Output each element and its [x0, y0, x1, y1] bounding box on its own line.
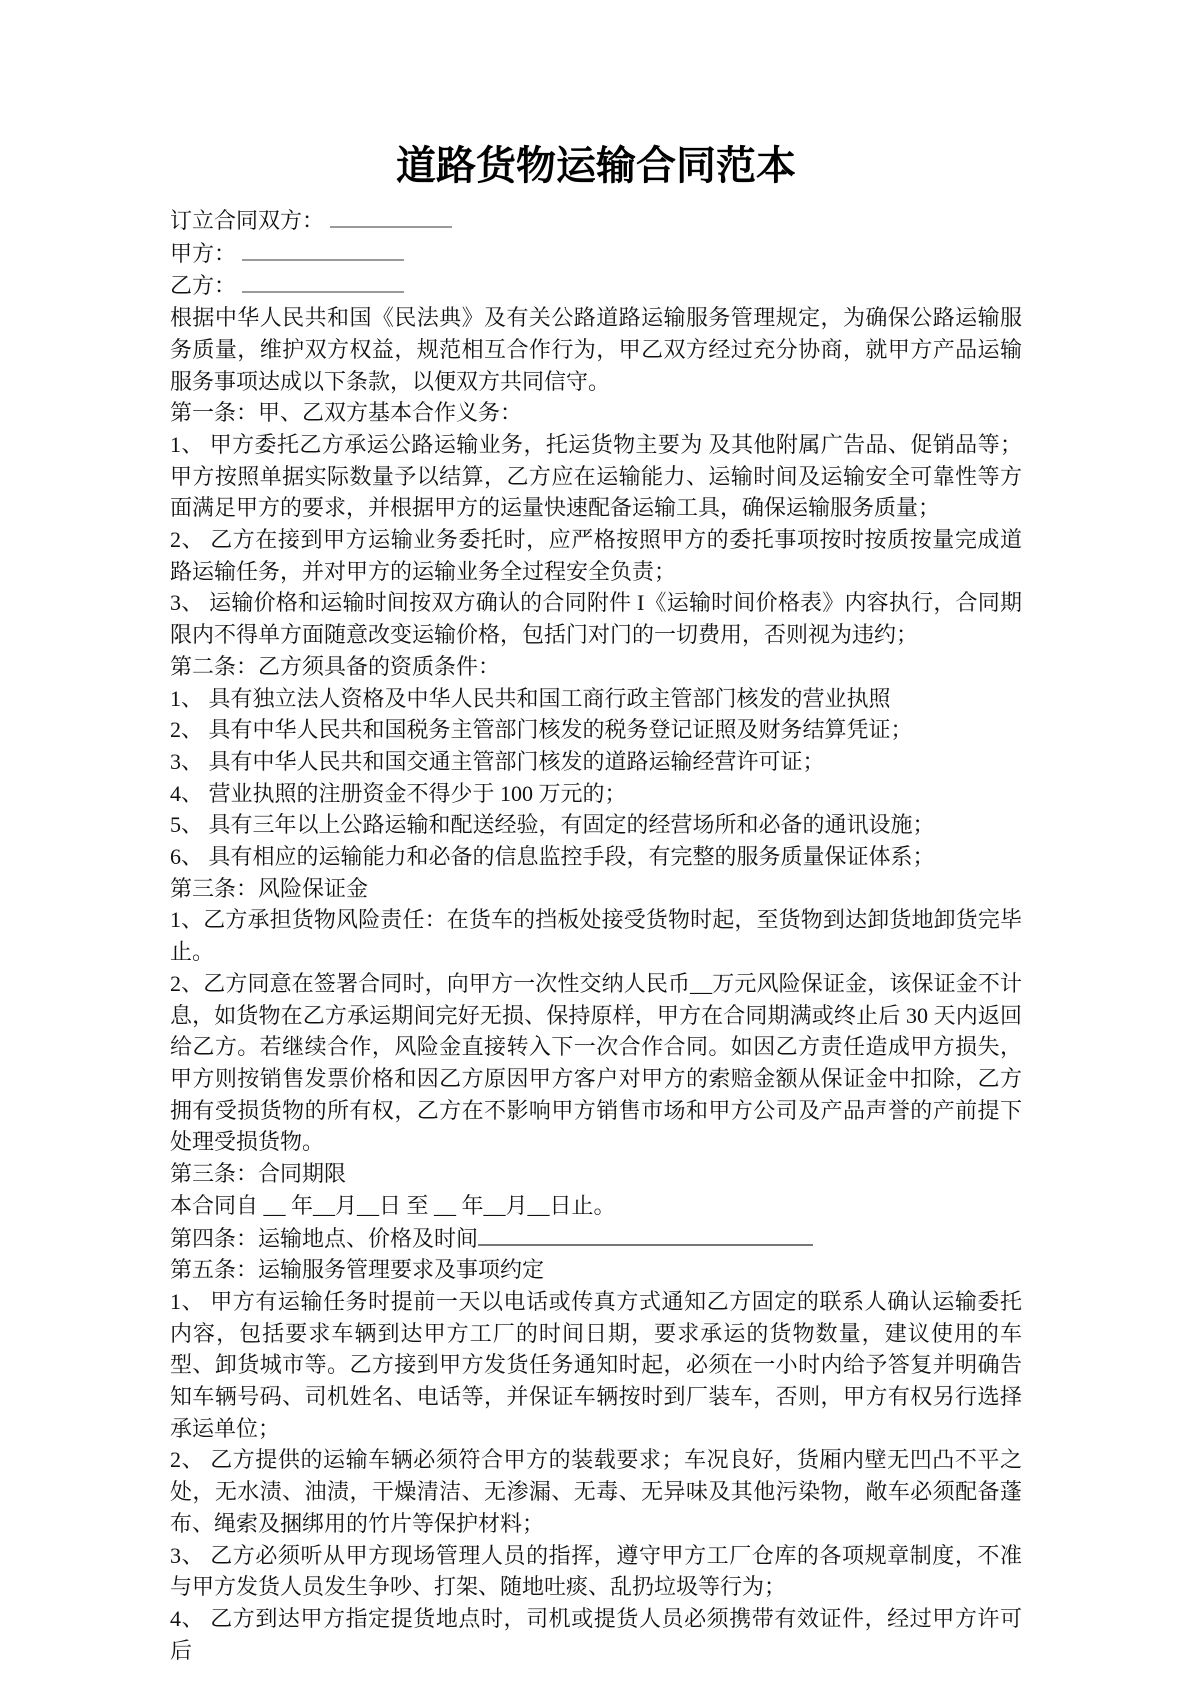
paragraph: 2、乙方同意在签署合同时，向甲方一次性交纳人民币__万元风险保证金，该保证金不计…	[170, 968, 1022, 1158]
blank-underline	[330, 204, 452, 228]
document-title: 道路货物运输合同范本	[170, 142, 1022, 190]
blank-underline	[242, 237, 404, 261]
paragraph: 1、乙方承担货物风险责任：在货车的挡板处接受货物时起，至货物到达卸货地卸货完毕止…	[170, 904, 1022, 967]
clause-heading-field-line: 第四条：运输地点、价格及时间	[170, 1222, 1022, 1255]
clause-heading: 第一条：甲、乙双方基本合作义务：	[170, 397, 1022, 429]
paragraph: 3、 具有中华人民共和国交通主管部门核发的道路运输经营许可证；	[170, 746, 1022, 778]
clause-heading: 第三条：风险保证金	[170, 873, 1022, 905]
field-line: 乙方：	[170, 269, 1022, 302]
field-label: 甲方：	[170, 241, 236, 266]
paragraph: 1、 甲方委托乙方承运公路运输业务，托运货物主要为 及其他附属广告品、促销品等；…	[170, 429, 1022, 524]
field-line: 订立合同双方：	[170, 204, 1022, 237]
paragraph: 2、 乙方在接到甲方运输业务委托时，应严格按照甲方的委托事项按时按质按量完成道路…	[170, 524, 1022, 587]
clause-heading: 第二条：乙方须具备的资质条件：	[170, 651, 1022, 683]
paragraph: 3、 乙方必须听从甲方现场管理人员的指挥，遵守甲方工厂仓库的各项规章制度，不准与…	[170, 1540, 1022, 1603]
paragraph: 5、 具有三年以上公路运输和配送经验，有固定的经营场所和必备的通讯设施；	[170, 809, 1022, 841]
paragraph: 2、 具有中华人民共和国税务主管部门核发的税务登记证照及财务结算凭证；	[170, 714, 1022, 746]
blank-underline	[242, 269, 404, 293]
blank-underline	[478, 1222, 813, 1246]
paragraph: 4、 营业执照的注册资金不得少于 100 万元的；	[170, 778, 1022, 810]
field-line: 甲方：	[170, 237, 1022, 270]
paragraph: 3、 运输价格和运输时间按双方确认的合同附件 I《运输时间价格表》内容执行，合同…	[170, 587, 1022, 650]
document-body: 订立合同双方：甲方：乙方：根据中华人民共和国《民法典》及有关公路道路运输服务管理…	[170, 204, 1022, 1666]
paragraph: 本合同自 __ 年__月__日 至 __ 年__月__日止。	[170, 1190, 1022, 1222]
paragraph: 根据中华人民共和国《民法典》及有关公路道路运输服务管理规定，为确保公路运输服务质…	[170, 302, 1022, 397]
paragraph: 4、 乙方到达甲方指定提货地点时，司机或提货人员必须携带有效证件，经过甲方许可后	[170, 1603, 1022, 1666]
clause-heading: 第五条：运输服务管理要求及事项约定	[170, 1254, 1022, 1286]
paragraph: 1、 甲方有运输任务时提前一天以电话或传真方式通知乙方固定的联系人确认运输委托内…	[170, 1286, 1022, 1445]
field-label: 第四条：运输地点、价格及时间	[170, 1226, 478, 1251]
paragraph: 2、 乙方提供的运输车辆必须符合甲方的装载要求；车况良好，货厢内壁无凹凸不平之处…	[170, 1444, 1022, 1539]
paragraph: 1、 具有独立法人资格及中华人民共和国工商行政主管部门核发的营业执照	[170, 683, 1022, 715]
paragraph: 6、 具有相应的运输能力和必备的信息监控手段，有完整的服务质量保证体系；	[170, 841, 1022, 873]
clause-heading: 第三条：合同期限	[170, 1158, 1022, 1190]
field-label: 订立合同双方：	[170, 208, 324, 233]
contract-page: 道路货物运输合同范本 订立合同双方：甲方：乙方：根据中华人民共和国《民法典》及有…	[0, 0, 1190, 1683]
field-label: 乙方：	[170, 273, 236, 298]
